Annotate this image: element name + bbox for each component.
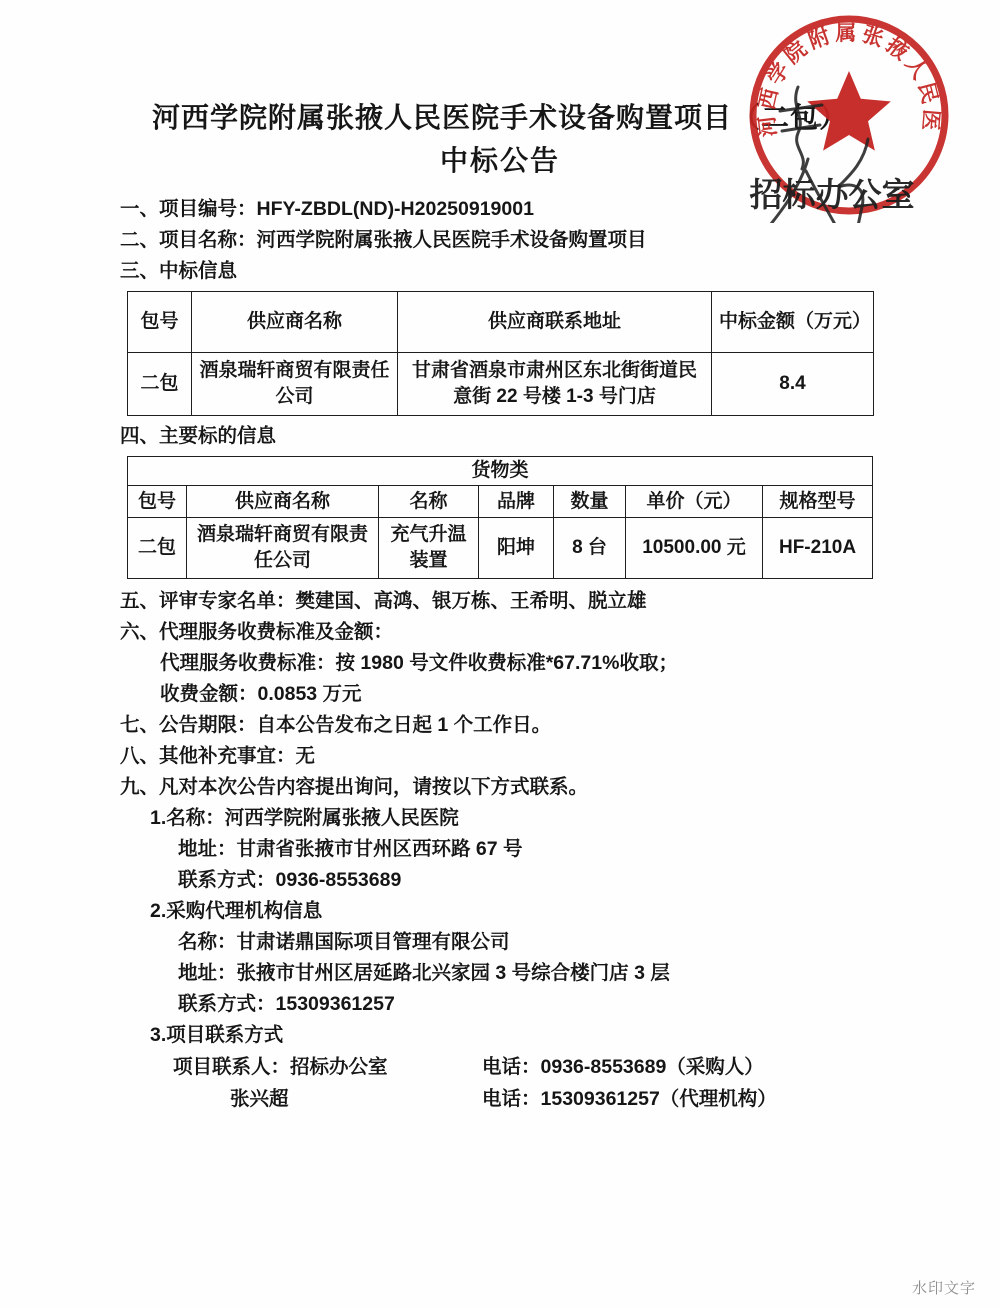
table-header-cell: 品牌 bbox=[479, 486, 554, 518]
agency-fee-heading: 六、代理服务收费标准及金额： bbox=[120, 617, 950, 648]
contact-row-1: 项目联系人：招标办公室 电话：0936-8553689（采购人） bbox=[120, 1051, 950, 1083]
table-cell-package: 二包 bbox=[128, 518, 187, 579]
table-row: 二包 酒泉瑞轩商贸有限责任公司 充气升温装置 阳坤 8 台 10500.00 元… bbox=[128, 518, 873, 579]
subject-info-table: 货物类 包号 供应商名称 名称 品牌 数量 单价（元） 规格型号 二包 酒泉瑞轩… bbox=[127, 456, 873, 579]
table-header-cell: 数量 bbox=[554, 486, 626, 518]
table-header-row: 包号 供应商名称 名称 品牌 数量 单价（元） 规格型号 bbox=[128, 486, 873, 518]
table-cell-quantity: 8 台 bbox=[554, 518, 626, 579]
agency-phone-line: 联系方式：15309361257 bbox=[120, 989, 950, 1020]
agency-heading-line: 2.采购代理机构信息 bbox=[120, 896, 950, 927]
table-header-cell: 中标金额（万元） bbox=[712, 292, 874, 353]
table-cell-brand: 阳坤 bbox=[479, 518, 554, 579]
project-number-line: 一、项目编号：HFY-ZBDL(ND)-H20250919001 bbox=[120, 194, 950, 225]
project-name-line: 二、项目名称：河西学院附属张掖人民医院手术设备购置项目 bbox=[120, 225, 950, 256]
table-group-header-cell: 货物类 bbox=[128, 457, 873, 486]
contact-phone-1: 电话：0936-8553689（采购人） bbox=[482, 1051, 764, 1083]
table-cell-package: 二包 bbox=[128, 353, 192, 416]
agency-name-line: 名称：甘肃诺鼎国际项目管理有限公司 bbox=[120, 927, 950, 958]
other-matters-line: 八、其他补充事宜：无 bbox=[120, 741, 950, 772]
document-title-line2: 中标公告 bbox=[0, 145, 1000, 177]
table-header-cell: 名称 bbox=[379, 486, 479, 518]
table-cell-unit-price: 10500.00 元 bbox=[626, 518, 763, 579]
table-cell-supplier: 酒泉瑞轩商贸有限责任公司 bbox=[192, 353, 398, 416]
award-info-heading: 三、中标信息 bbox=[120, 256, 950, 287]
table-cell-model: HF-210A bbox=[763, 518, 873, 579]
project-contact-heading: 3.项目联系方式 bbox=[120, 1020, 950, 1051]
table-cell-address: 甘肃省酒泉市肃州区东北街街道民意街 22 号楼 1-3 号门店 bbox=[398, 353, 712, 416]
agency-fee-standard-line: 代理服务收费标准：按 1980 号文件收费标准*67.71%收取； bbox=[120, 648, 950, 679]
experts-line: 五、评审专家名单：樊建国、高鸿、银万栋、王希明、脱立雄 bbox=[120, 586, 950, 617]
table-header-cell: 供应商联系地址 bbox=[398, 292, 712, 353]
table-header-cell: 规格型号 bbox=[763, 486, 873, 518]
table-header-cell: 供应商名称 bbox=[192, 292, 398, 353]
scanned-document-page: 河西学院附属张掖人民医院手术设备购置项目（二包） 中标公告 一、项目编号：HFY… bbox=[0, 0, 1000, 1307]
table-header-cell: 供应商名称 bbox=[187, 486, 379, 518]
purchaser-name-line: 1.名称：河西学院附属张掖人民医院 bbox=[120, 803, 950, 834]
table-header-row: 包号 供应商名称 供应商联系地址 中标金额（万元） bbox=[128, 292, 874, 353]
agency-address-line: 地址：张掖市甘州区居延路北兴家园 3 号综合楼门店 3 层 bbox=[120, 958, 950, 989]
table-cell-item-name: 充气升温装置 bbox=[379, 518, 479, 579]
table-row: 二包 酒泉瑞轩商贸有限责任公司 甘肃省酒泉市肃州区东北街街道民意街 22 号楼 … bbox=[128, 353, 874, 416]
contact-row-2: 张兴超 电话：15309361257（代理机构） bbox=[120, 1083, 950, 1115]
document-body: 一、项目编号：HFY-ZBDL(ND)-H20250919001 二、项目名称：… bbox=[120, 194, 950, 1115]
table-group-header-row: 货物类 bbox=[128, 457, 873, 486]
contact-person-1: 项目联系人：招标办公室 bbox=[120, 1051, 482, 1083]
watermark-text: 水印文字 bbox=[912, 1277, 976, 1298]
document-title-line1: 河西学院附属张掖人民医院手术设备购置项目（二包） bbox=[0, 0, 1000, 134]
table-cell-supplier: 酒泉瑞轩商贸有限责任公司 bbox=[187, 518, 379, 579]
award-info-table: 包号 供应商名称 供应商联系地址 中标金额（万元） 二包 酒泉瑞轩商贸有限责任公… bbox=[127, 291, 874, 416]
table-header-cell: 包号 bbox=[128, 486, 187, 518]
purchaser-phone-line: 联系方式：0936-8553689 bbox=[120, 865, 950, 896]
purchaser-address-line: 地址：甘肃省张掖市甘州区西环路 67 号 bbox=[120, 834, 950, 865]
table-header-cell: 包号 bbox=[128, 292, 192, 353]
agency-fee-amount-line: 收费金额：0.0853 万元 bbox=[120, 679, 950, 710]
announcement-period-line: 七、公告期限：自本公告发布之日起 1 个工作日。 bbox=[120, 710, 950, 741]
subject-heading: 四、主要标的信息 bbox=[120, 421, 950, 452]
contact-phone-2: 电话：15309361257（代理机构） bbox=[482, 1083, 777, 1115]
table-cell-amount: 8.4 bbox=[712, 353, 874, 416]
inquiry-heading: 九、凡对本次公告内容提出询问，请按以下方式联系。 bbox=[120, 772, 950, 803]
table-header-cell: 单价（元） bbox=[626, 486, 763, 518]
contact-person-2: 张兴超 bbox=[120, 1083, 482, 1115]
